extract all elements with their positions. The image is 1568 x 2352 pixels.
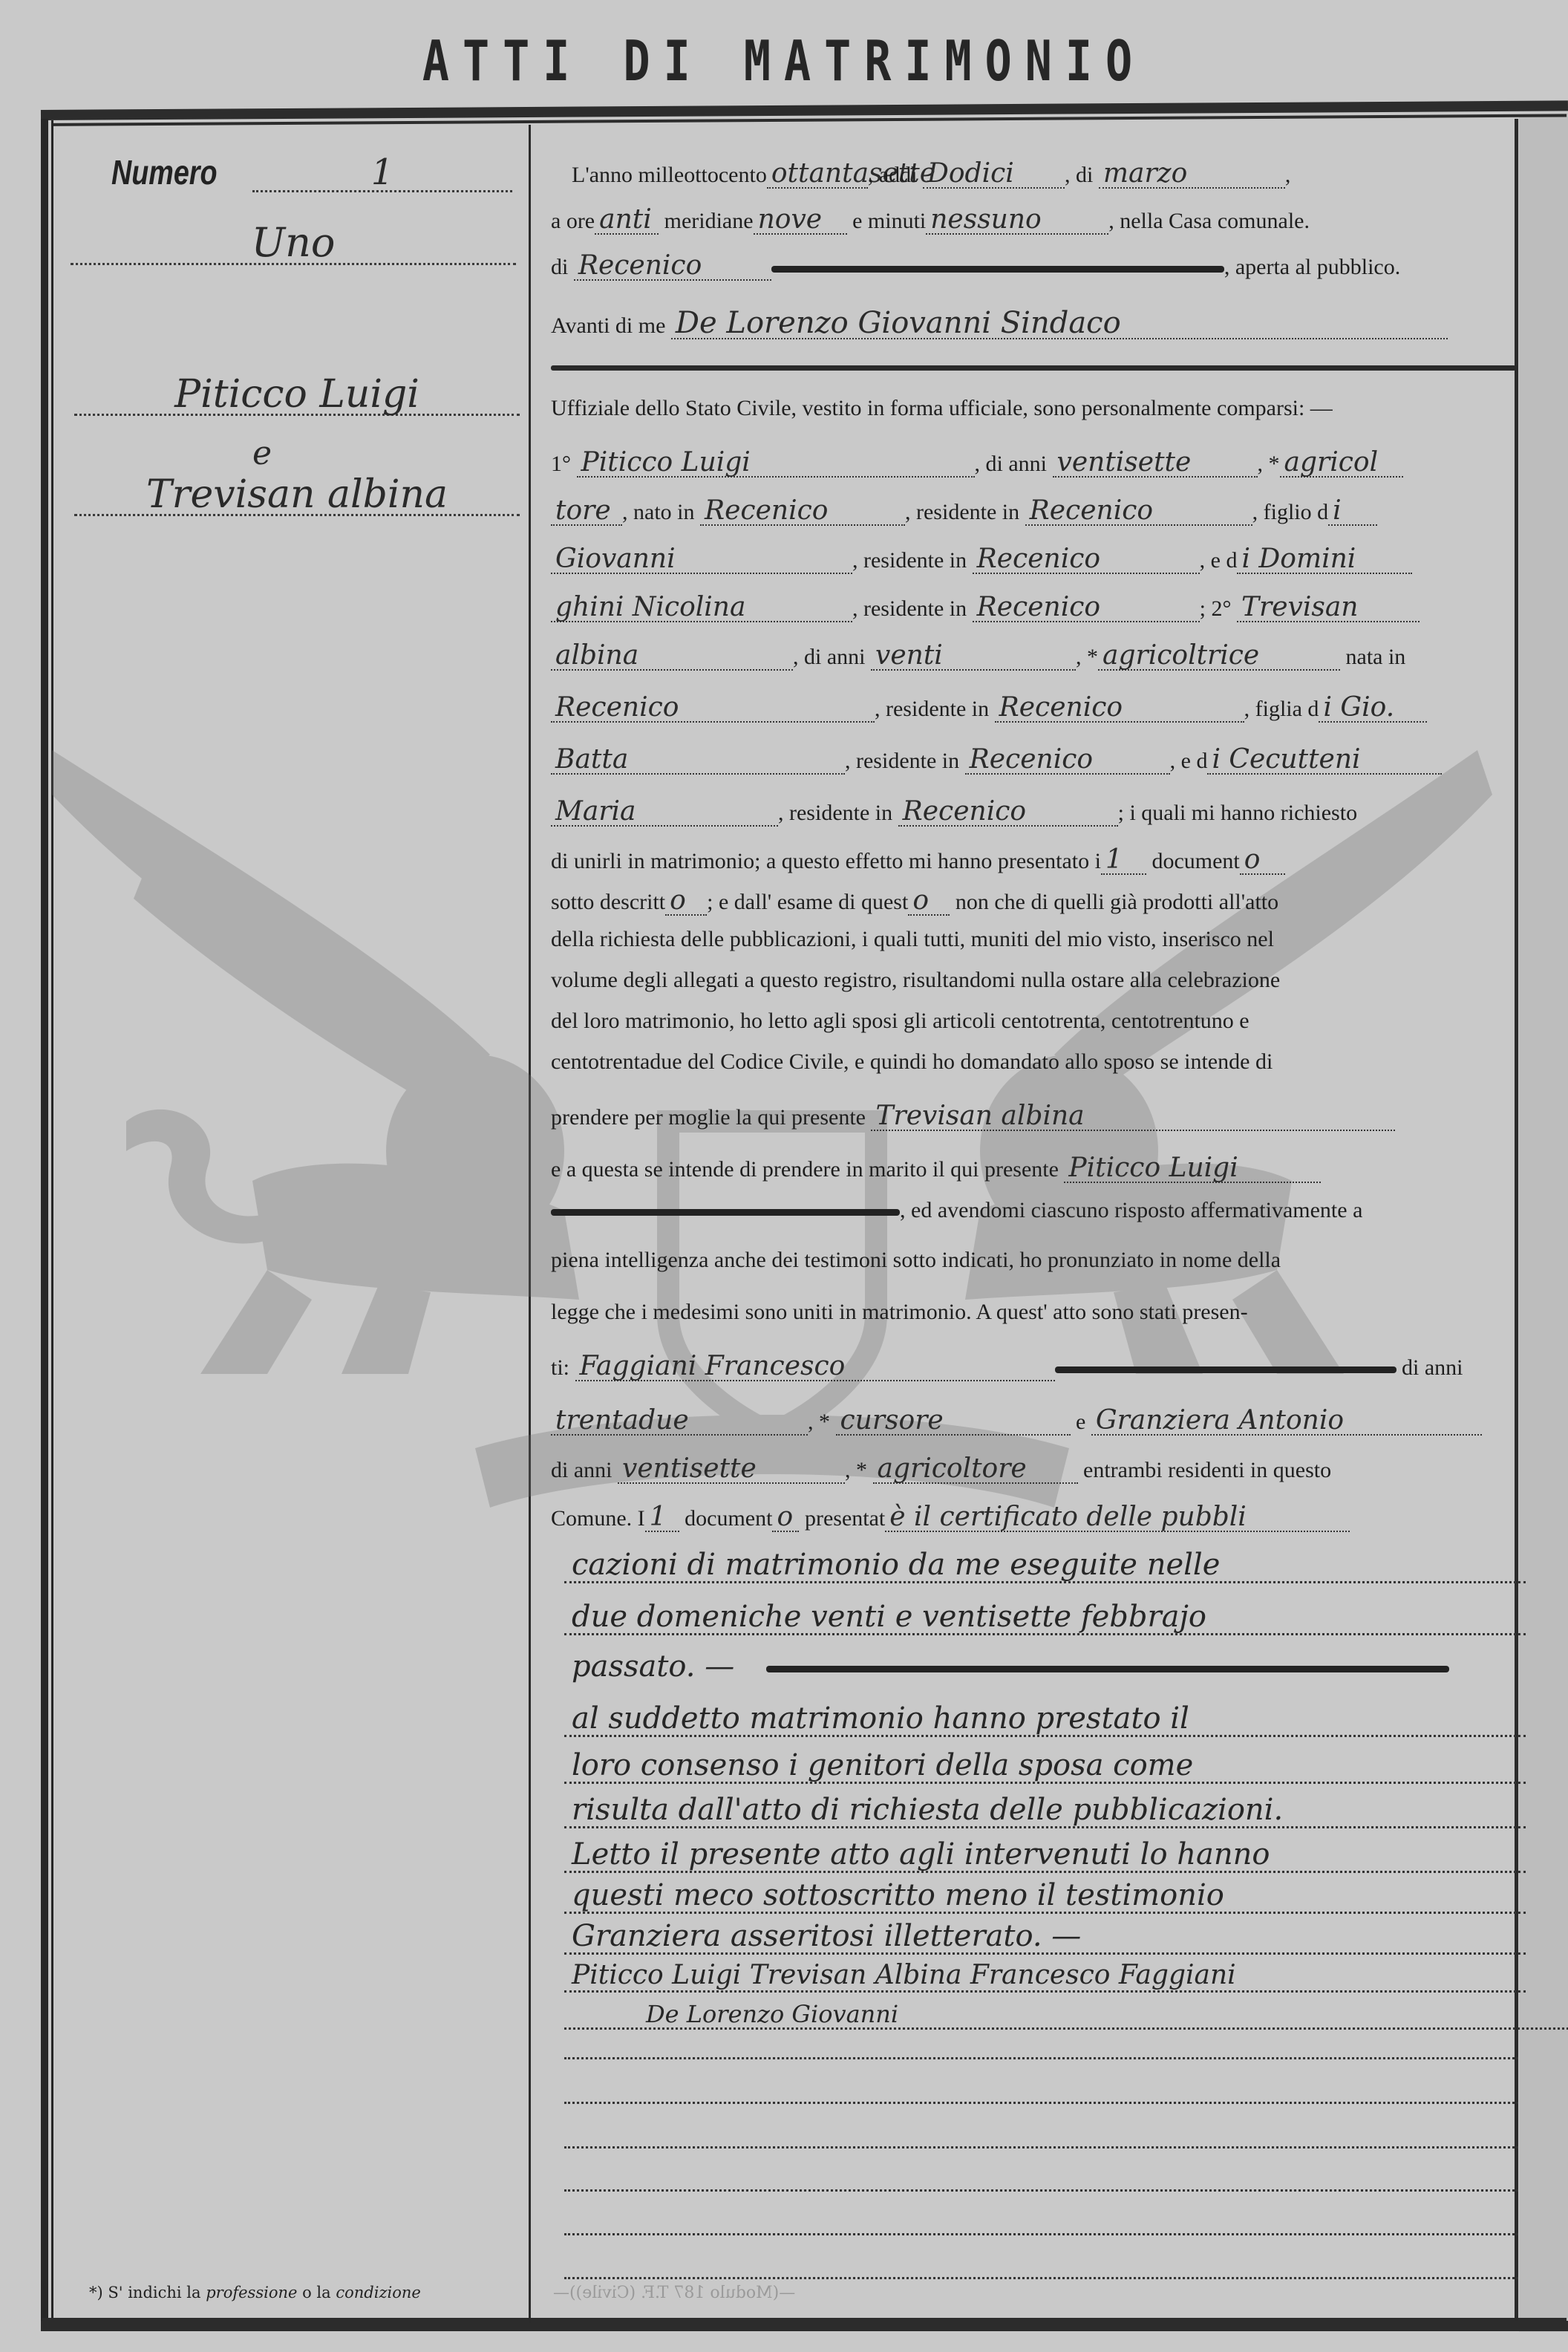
bride-profession: agricoltrice xyxy=(1098,642,1340,671)
separator xyxy=(551,365,1516,371)
spouse-2-name: Trevisan albina xyxy=(74,475,520,516)
groom-birthplace: Recenico xyxy=(700,498,905,526)
bride-line-2: Recenico, residente in Recenico, figlia … xyxy=(551,694,1516,723)
hour-field: nove xyxy=(754,206,847,235)
period-field: anti xyxy=(595,206,659,235)
act-line-year: L'anno milleottocentoottantasette, addì … xyxy=(572,160,1537,189)
para-line-10: piena intelligenza anche dei testimoni s… xyxy=(551,1249,1516,1271)
ruled-line xyxy=(564,2102,1518,2104)
para-line-9: , ed avendomi ciascuno risposto affermat… xyxy=(551,1199,1516,1222)
handwritten-line: loro consenso i genitori della sposa com… xyxy=(564,1749,1526,1784)
witness-line-3: di anni ventisette, * agricoltore entram… xyxy=(551,1456,1516,1484)
witness-1-profession: cursore xyxy=(836,1407,1071,1436)
footnote: *) S' indichi la professione o la condiz… xyxy=(89,2284,421,2301)
handwritten-line: due domeniche venti e ventisette febbraj… xyxy=(564,1600,1526,1635)
officer-field: De Lorenzo Giovanni Sindaco xyxy=(671,308,1448,339)
act-line-time: a oreanti meridianenove e minutinessuno,… xyxy=(551,206,1516,235)
ruled-line xyxy=(564,2189,1518,2192)
ruled-line xyxy=(564,2233,1518,2235)
para-line-2: sotto descritto; e dall' esame di questo… xyxy=(551,887,1516,916)
witness-1-age: trentadue xyxy=(551,1407,808,1436)
witness-2-age: ventisette xyxy=(618,1456,845,1484)
witness-line-1: ti: Faggiani Francesco di anni xyxy=(551,1353,1516,1381)
groom-father: Giovanni xyxy=(551,546,852,574)
document-description: è il certificato delle pubbli xyxy=(885,1504,1350,1532)
frame-left-border xyxy=(41,119,48,2330)
para-line-1: di unirli in matrimonio; a questo effett… xyxy=(551,847,1516,875)
handwritten-line: questi meco sottoscritto meno il testimo… xyxy=(564,1879,1526,1914)
day-field: Dodici xyxy=(923,160,1065,189)
ruled-line xyxy=(564,2277,1518,2279)
witness-1-name: Faggiani Francesco xyxy=(575,1353,1055,1381)
groom-mother: i Domini xyxy=(1237,546,1412,574)
bride-present-name: Trevisan albina xyxy=(871,1103,1395,1131)
witness-2-name: Granziera Antonio xyxy=(1091,1407,1482,1436)
numero-label: Numero xyxy=(111,152,218,192)
groom-line-1: 1° Piticco Luigi, di anni ventisette, *a… xyxy=(551,449,1516,478)
handwritten-line: al suddetto matrimonio hanno prestato il xyxy=(564,1702,1526,1737)
handwritten-line: risulta dall'atto di richiesta delle pub… xyxy=(564,1794,1526,1828)
bride-line-1: albina, di anni venti, *agricoltrice nat… xyxy=(551,642,1516,671)
groom-profession: agricol xyxy=(1280,449,1403,478)
groom-residence: Recenico xyxy=(1025,498,1252,526)
page-title: ATTI DI MATRIMONIO xyxy=(0,29,1568,94)
para-line-6: centotrentadue del Codice Civile, e quin… xyxy=(551,1051,1516,1073)
conjunction: e xyxy=(252,434,272,472)
bride-residence: Recenico xyxy=(995,694,1244,723)
signatures-line-2: De Lorenzo Giovanni xyxy=(564,2001,1568,2030)
bride-name: Trevisan xyxy=(1237,594,1420,622)
column-divider xyxy=(529,125,531,2323)
year-field: ottantasette xyxy=(767,160,868,189)
groom-age: ventisette xyxy=(1053,449,1258,478)
witness-2-profession: agricoltore xyxy=(873,1456,1078,1484)
bride-age: venti xyxy=(871,642,1076,671)
spouse-1-name: Piticco Luigi xyxy=(74,375,520,416)
act-line-officer: Avanti di me De Lorenzo Giovanni Sindaco xyxy=(551,308,1516,339)
para-line-11: legge che i medesimi sono uniti in matri… xyxy=(551,1301,1516,1323)
printer-note: —(Modulo 187 T.F. (Civile))— xyxy=(553,2284,795,2302)
groom-name: Piticco Luigi xyxy=(577,449,975,478)
comune-field: Recenico xyxy=(574,253,771,281)
para-line-3: della richiesta delle pubblicazioni, i q… xyxy=(551,928,1516,951)
ruled-line xyxy=(564,2057,1518,2059)
handwritten-line: cazioni di matrimonio da me eseguite nel… xyxy=(564,1548,1526,1583)
act-line-official: Uffiziale dello Stato Civile, vestito in… xyxy=(551,397,1516,420)
para-line-8: e a questa se intende di prendere in mar… xyxy=(551,1155,1516,1183)
numero-words: Uno xyxy=(71,223,516,265)
act-line-comune: di Recenico, aperta al pubblico. xyxy=(551,253,1516,281)
ruled-line xyxy=(564,2146,1518,2149)
handwritten-line: passato. — xyxy=(564,1650,1526,1683)
numero-value: 1 xyxy=(252,154,512,192)
groom-line-4: ghini Nicolina, residente in Recenico; 2… xyxy=(551,594,1516,622)
groom-line-2: tore, nato in Recenico, residente in Rec… xyxy=(551,498,1516,526)
signatures-line-1: Piticco Luigi Trevisan Albina Francesco … xyxy=(564,1961,1526,1993)
para-line-4: volume degli allegati a questo registro,… xyxy=(551,969,1516,991)
frame-bottom-border xyxy=(41,2321,1568,2331)
bride-line-4: Maria, residente in Recenico; i quali mi… xyxy=(551,798,1516,827)
handwritten-line: Granziera asseritosi illetterato. — xyxy=(564,1920,1526,1955)
minutes-field: nessuno xyxy=(926,206,1108,235)
groom-line-3: Giovanni, residente in Recenico, e di Do… xyxy=(551,546,1516,574)
handwritten-line: Letto il presente atto agli intervenuti … xyxy=(564,1838,1526,1873)
para-line-7: prendere per moglie la qui presente Trev… xyxy=(551,1103,1516,1131)
groom-present-name: Piticco Luigi xyxy=(1064,1155,1321,1183)
month-field: marzo xyxy=(1099,160,1285,189)
bride-father: i Gio. xyxy=(1319,694,1427,723)
witness-line-4: Comune. I1 documento presentatè il certi… xyxy=(551,1504,1516,1532)
frame-top-border xyxy=(41,100,1568,123)
bride-birthplace: Recenico xyxy=(551,694,875,723)
para-line-5: del loro matrimonio, ho letto agli sposi… xyxy=(551,1010,1516,1032)
bride-mother: i Cecutteni xyxy=(1207,746,1442,775)
witness-line-2: trentadue, * cursore e Granziera Antonio xyxy=(551,1407,1516,1436)
bride-line-3: Batta, residente in Recenico, e di Cecut… xyxy=(551,746,1516,775)
page-margin xyxy=(1519,104,1568,2332)
